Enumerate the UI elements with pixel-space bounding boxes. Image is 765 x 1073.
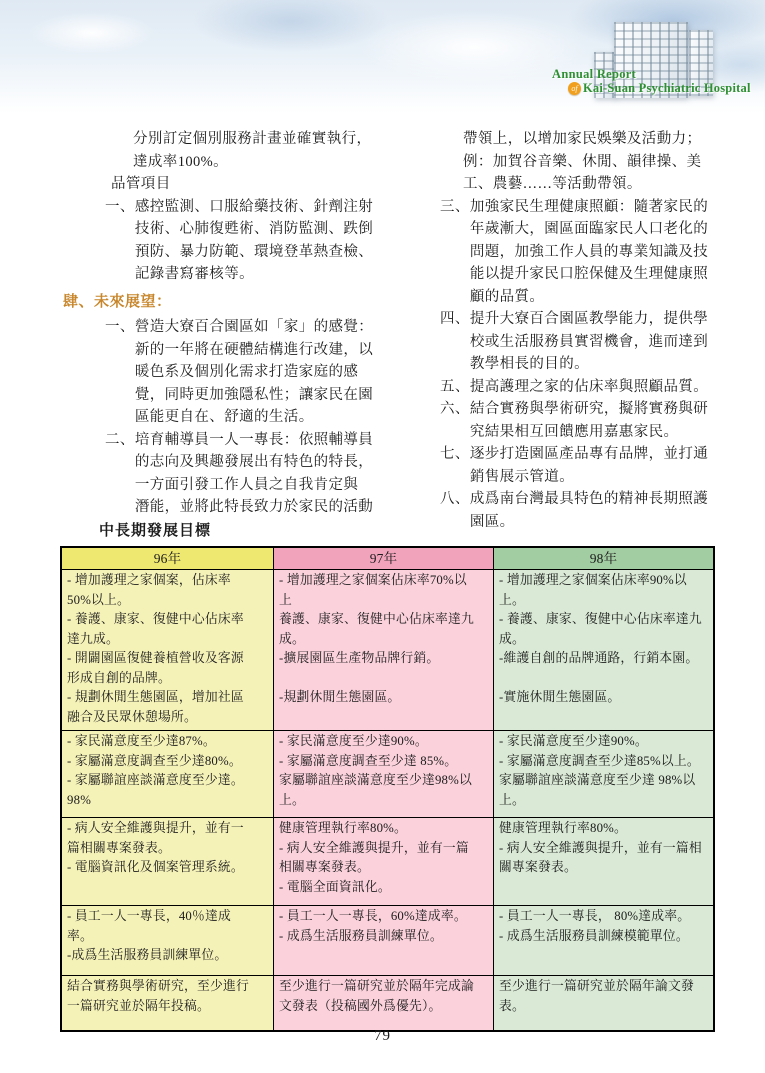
report-page: Annual Report of Kai-Suan Psychiatric Ho… [0,0,765,1073]
list-item-number: 四、 [440,308,470,376]
table-cell-r4-96: - 員工一人一專長，40％達成 率。 -成爲生活服務員訓練單位。 [62,906,274,976]
sky-header-band: Annual Report of Kai-Suan Psychiatric Ho… [0,0,765,118]
list-item-text: 培育輔導員一人一專長：依照輔導員 的志向及興趣發展出有特色的特長， 一方面引發工… [135,429,397,519]
table-header-97: 97年 [274,548,494,570]
table-cell-r2-97: - 家民滿意度至少達90%。 - 家屬滿意度調查至少達 85%。 家屬聯誼座談滿… [274,731,494,818]
list-item-text: 逐步打造園區產品專有品牌，並打通 銷售展示管道。 [470,443,736,488]
list-item-text: 營造大寮百合園區如「家」的感覺： 新的一年將在硬體結構進行改建，以 暖色系及個別… [135,316,397,429]
table-cell-r1-98: - 增加護理之家個案佔床率90%以 上。 - 養護、康家、復健中心佔床率達九 成… [494,570,714,731]
list-item-future-2: 二、 培育輔導員一人一專長：依照輔導員 的志向及興趣發展出有特色的特長， 一方面… [105,429,397,519]
list-item-text: 感控監測、口服給藥技術、針劑注射 技術、心肺復甦術、消防監測、跌倒 預防、暴力防… [135,196,397,286]
development-goals-table: 96年 97年 98年 - 增加護理之家個案，佔床率 50%以上。 - 養護、康… [60,546,715,1032]
quality-control-heading: 品管項目 [111,173,397,196]
table-cell-r3-96: - 病人安全維護與提升，並有一 篇相關專案發表。 - 電腦資訊化及個案管理系統。 [62,818,274,906]
paragraph-continuation: 分別訂定個別服務計畫並確實執行， 達成率100%。 [133,128,397,173]
list-item-number: 二、 [105,429,135,519]
list-item-text: 成爲南台灣最具特色的精神長期照護 園區。 [470,488,736,533]
future-outlook-heading: 肆、未來展望： [63,291,397,314]
list-item-number: 一、 [105,196,135,286]
list-item-text: 提升大寮百合園區教學能力，提供學 校或生活服務員實習機會，進而達到 教學相長的目… [470,308,736,376]
table-cell-r4-98: - 員工一人一專長， 80%達成率。 - 成爲生活服務員訓練模範單位。 [494,906,714,976]
of-badge-icon: of [568,82,581,95]
table-cell-r4-97: - 員工一人一專長，60%達成率。 - 成爲生活服務員訓練單位。 [274,906,494,976]
annual-report-label: Annual Report [552,68,751,81]
right-text-column: 帶領上，以增加家民娛樂及活動力； 例：加賀谷音樂、休閒、韻律操、美 工、農藝……… [434,128,736,533]
table-cell-r5-96: 結合實務與學術研究，至少進行 一篇研究並於隔年投稿。 [62,976,274,1031]
table-cell-r1-96: - 增加護理之家個案，佔床率 50%以上。 - 養護、康家、復健中心佔床率 達九… [62,570,274,731]
list-item-7: 七、 逐步打造園區產品專有品牌，並打通 銷售展示管道。 [440,443,736,488]
list-item-number: 七、 [440,443,470,488]
report-header-text: Annual Report of Kai-Suan Psychiatric Ho… [552,68,751,95]
table-header-96: 96年 [62,548,274,570]
list-item-4: 四、 提升大寮百合園區教學能力，提供學 校或生活服務員實習機會，進而達到 教學相… [440,308,736,376]
list-item-text: 加強家民生理健康照顧：隨著家民的 年歲漸大，園區面臨家民人口老化的 問題，加強工… [470,196,736,309]
list-item-8: 八、 成爲南台灣最具特色的精神長期照護 園區。 [440,488,736,533]
list-item-future-1: 一、 營造大寮百合園區如「家」的感覺： 新的一年將在硬體結構進行改建，以 暖色系… [105,316,397,429]
table-cell-r5-97: 至少進行一篇研究並於隔年完成論 文發表（投稿國外爲優先）。 [274,976,494,1031]
list-item-3: 三、 加強家民生理健康照顧：隨著家民的 年歲漸大，園區面臨家民人口老化的 問題，… [440,196,736,309]
table-cell-r2-96: - 家民滿意度至少達87%。 - 家屬滿意度調查至少達80%。 - 家屬聯誼座談… [62,731,274,818]
list-item-6: 六、 結合實務與學術研究，擬將實務與研 究結果相互回饋應用嘉惠家民。 [440,398,736,443]
list-item-number: 八、 [440,488,470,533]
left-text-column: 分別訂定個別服務計畫並確實執行， 達成率100%。 品管項目 一、 感控監測、口… [63,128,397,519]
list-item-number: 三、 [440,196,470,309]
list-item-5: 五、 提高護理之家的佔床率與照顧品質。 [440,376,736,399]
table-cell-r3-97: 健康管理執行率80%。 - 病人安全維護與提升，並有一篇 相關專案發表。 - 電… [274,818,494,906]
list-item-quality-1: 一、 感控監測、口服給藥技術、針劑注射 技術、心肺復甦術、消防監測、跌倒 預防、… [105,196,397,286]
table-header-98: 98年 [494,548,714,570]
table-cell-r5-98: 至少進行一篇研究並於隔年論文發 表。 [494,976,714,1031]
list-item-number: 一、 [105,316,135,429]
table-cell-r3-98: 健康管理執行率80%。 - 病人安全維護與提升，並有一篇相 關專案發表。 [494,818,714,906]
list-item-number: 六、 [440,398,470,443]
list-item-text: 結合實務與學術研究，擬將實務與研 究結果相互回饋應用嘉惠家民。 [470,398,736,443]
list-item-number: 五、 [440,376,470,399]
page-number: 79 [0,1028,765,1045]
hospital-name-line: of Kai-Suan Psychiatric Hospital [568,82,751,95]
paragraph-continuation: 帶領上，以增加家民娛樂及活動力； 例：加賀谷音樂、休閒、韻律操、美 工、農藝……… [463,128,736,196]
hospital-name-label: Kai-Suan Psychiatric Hospital [583,82,751,95]
list-item-text: 提高護理之家的佔床率與照顧品質。 [470,376,736,399]
table-cell-r1-97: - 增加護理之家個案佔床率70%以 上 養護、康家、復健中心佔床率達九 成。 -… [274,570,494,731]
table-cell-r2-98: - 家民滿意度至少達90%。 - 家屬滿意度調查至少達85%以上。 家屬聯誼座談… [494,731,714,818]
table-title: 中長期發展目標 [99,519,211,540]
